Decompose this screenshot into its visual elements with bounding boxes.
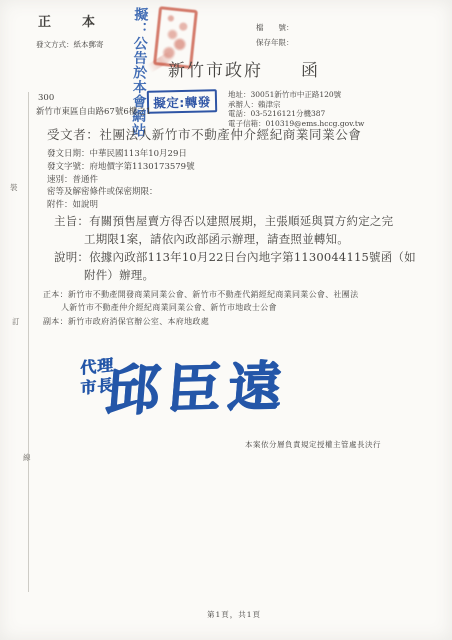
binding-mark-ding: 訂: [12, 316, 20, 327]
decision-stamp: 擬定:轉發: [147, 89, 217, 113]
original-copy-text-1: 新竹市不動產開發商業同業公會、新竹市不動產代銷經紀商業同業公會、社團法: [68, 290, 359, 299]
recipient-line: 受文者：社團法人新竹市不動產仲介經紀商業同業公會: [47, 125, 361, 143]
file-number-label: 檔 號：: [256, 22, 294, 33]
delivery-method: 發文方式：紙本郵寄: [36, 39, 104, 50]
speed-class: 速別：普通件: [47, 174, 195, 187]
document-number: 發文字號：府地價字第1130173579號: [47, 161, 195, 174]
binding-mark-zhuang: 裝: [10, 182, 18, 193]
document-title: 新竹市政府 函: [168, 56, 320, 81]
binding-line: [28, 92, 29, 592]
carbon-copy-text: 新竹市政府消保官辦公室、本府地政處: [68, 317, 209, 326]
recipient-postal-code: 300: [38, 93, 54, 103]
copy-type-label: 正 本: [38, 11, 104, 30]
carbon-copy-label: 副本：: [43, 317, 68, 326]
explanation-line-2: 附件）辦理。: [84, 267, 154, 283]
mayor-signature: 邱臣遠: [103, 344, 292, 426]
subject-label: 主旨：: [54, 214, 89, 228]
authorization-note: 本案依分層負責規定授權主管處長決行: [245, 439, 381, 450]
attachment-note: 附件：如說明: [47, 199, 195, 212]
explanation-label: 說明：: [54, 250, 89, 264]
original-copy-line-1: 正本：新竹市不動產開發商業同業公會、新竹市不動產代銷經紀商業同業公會、社團法: [43, 289, 358, 300]
agency-contact-block: 地址：30051新竹市中正路120號 承辦人：賴津宗 電話：03-5216121…: [228, 90, 364, 129]
subject-line-1: 主旨：有關預售屋賣方得否以建照展期，主張順延與買方約定之完: [54, 213, 393, 229]
issue-date: 發文日期：中華民國113年10月29日: [47, 148, 195, 161]
agency-contact-person: 承辦人：賴津宗: [228, 100, 364, 110]
subject-line-2: 工期限1案，請依內政部函示辦理，請查照並轉知。: [84, 231, 349, 247]
recipient-street-address: 新竹市東區自由路67號6樓之1: [36, 105, 151, 117]
original-copy-label: 正本：: [43, 290, 68, 299]
explanation-text-1: 依據內政部113年10月22日台內地字第1130044115號函（如: [89, 250, 416, 264]
carbon-copy-line: 副本：新竹市政府消保官辦公室、本府地政處: [43, 316, 209, 327]
document-meta-block: 發文日期：中華民國113年10月29日 發文字號：府地價字第1130173579…: [47, 148, 195, 212]
retention-period-label: 保存年限：: [256, 37, 294, 48]
explanation-line-1: 說明：依據內政部113年10月22日台內地字第1130044115號函（如: [54, 249, 416, 265]
agency-address: 地址：30051新竹市中正路120號: [228, 90, 364, 100]
binding-mark-xian: 線: [23, 452, 31, 463]
security-class: 密等及解密條件或保密期限：: [47, 186, 195, 199]
document-page: 正 本 發文方式：紙本郵寄 檔 號： 保存年限： 擬：公告於本會網站 新竹市政府…: [0, 0, 452, 640]
subject-text-1: 有關預售屋賣方得否以建照展期，主張順延與買方約定之完: [89, 214, 393, 228]
agency-phone: 電話：03-5216121分機387: [228, 109, 364, 119]
original-copy-line-2: 人新竹市不動產仲介經紀商業同業公會、新竹市地政士公會: [61, 302, 277, 313]
page-number-footer: 第1頁，共1頁: [0, 609, 452, 620]
